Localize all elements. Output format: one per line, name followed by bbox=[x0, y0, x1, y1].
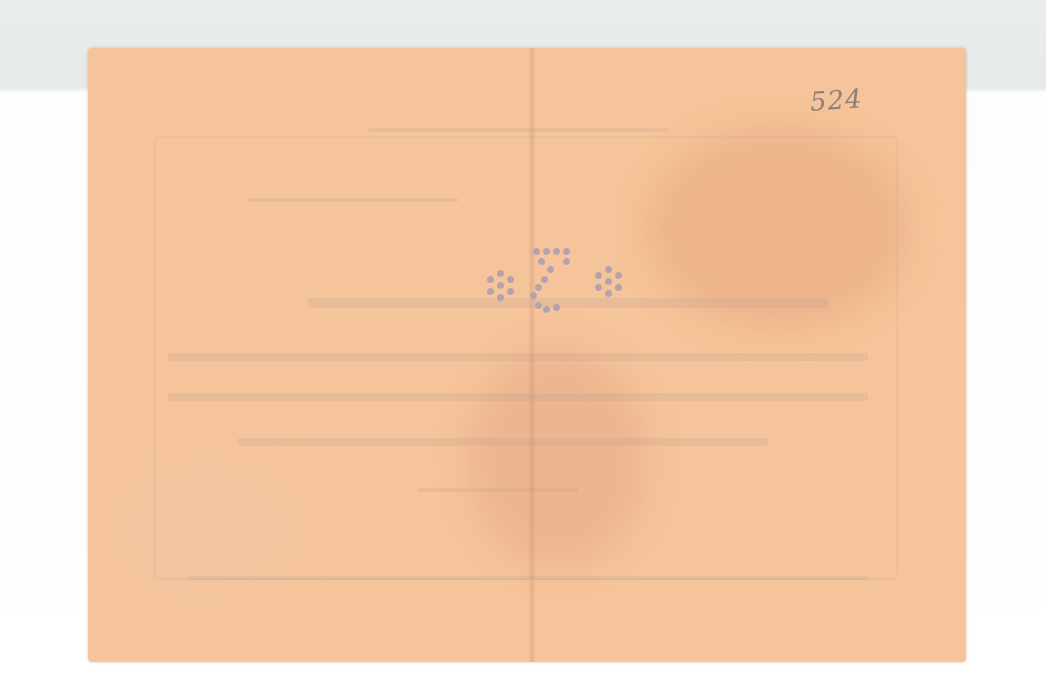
bleed-through-text bbox=[418, 488, 578, 492]
perforation-dot bbox=[497, 282, 504, 289]
bleed-through-text bbox=[168, 353, 868, 361]
bleed-through-text bbox=[188, 576, 868, 580]
perforation-dot bbox=[543, 248, 550, 255]
handwritten-number: 524 bbox=[809, 84, 864, 118]
perforation-dot bbox=[507, 276, 514, 283]
perforation-dot bbox=[553, 248, 560, 255]
perforation-dot bbox=[595, 284, 602, 291]
paper-note: 524 bbox=[88, 48, 966, 662]
bleed-through-text bbox=[368, 128, 668, 132]
perforation-25 bbox=[483, 246, 623, 326]
perforation-dot bbox=[507, 288, 514, 295]
bleed-through-text bbox=[238, 438, 768, 446]
perforation-dot bbox=[605, 266, 612, 273]
perforation-dot bbox=[563, 248, 570, 255]
perforation-dot bbox=[541, 276, 548, 283]
perforation-dot bbox=[487, 288, 494, 295]
perforation-dot bbox=[615, 284, 622, 291]
perforation-dot bbox=[533, 248, 540, 255]
perforation-dot bbox=[497, 270, 504, 277]
perforation-dot bbox=[553, 304, 560, 311]
perforation-dot bbox=[605, 290, 612, 297]
perforation-dot bbox=[547, 266, 554, 273]
perforation-dot bbox=[543, 306, 550, 313]
perforation-dot bbox=[615, 272, 622, 279]
perforation-dot bbox=[563, 258, 570, 265]
bleed-through-text bbox=[248, 198, 458, 202]
perforation-dot bbox=[595, 272, 602, 279]
perforation-dot bbox=[530, 292, 537, 299]
perforation-dot bbox=[605, 278, 612, 285]
bleed-through-text bbox=[168, 393, 868, 401]
perforation-dot bbox=[497, 294, 504, 301]
perforation-dot bbox=[535, 302, 542, 309]
perforation-dot bbox=[535, 284, 542, 291]
perforation-dot bbox=[538, 258, 545, 265]
perforation-dot bbox=[487, 276, 494, 283]
